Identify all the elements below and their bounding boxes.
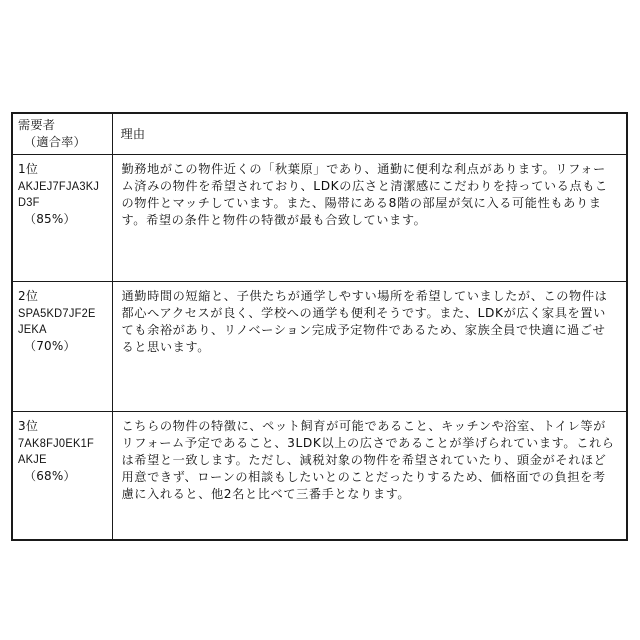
match-rate: （85%）	[18, 211, 107, 228]
rank-label: 2位	[18, 289, 38, 303]
rank-label: 1位	[18, 162, 38, 176]
table-header-row: 需要者 （適合率） 理由	[12, 113, 627, 155]
table-row: 2位 SPA5KD7JF2EJEKA （70%） 通勤時間の短縮と、子供たちが通…	[12, 282, 627, 412]
header-applicant-label: 需要者	[18, 118, 55, 132]
table-row: 1位 AKJEJ7FJA3KJD3F （85%） 勤務地がこの物件近くの「秋葉原…	[12, 155, 627, 282]
applicant-id: AKJEJ7FJA3KJD3F	[18, 178, 99, 211]
applicant-id: SPA5KD7JF2EJEKA	[18, 305, 99, 338]
applicant-cell: 1位 AKJEJ7FJA3KJD3F （85%）	[12, 155, 112, 282]
table-row: 3位 7AK8FJ0EK1FAKJE （68%） こちらの物件の特徴に、ペット飼…	[12, 412, 627, 541]
header-rate-label: （適合率）	[18, 134, 107, 151]
applicant-id: 7AK8FJ0EK1FAKJE	[18, 435, 99, 468]
applicant-cell: 2位 SPA5KD7JF2EJEKA （70%）	[12, 282, 112, 412]
reason-cell: こちらの物件の特徴に、ペット飼育が可能であること、キッチンや浴室、トイレ等がリフ…	[112, 412, 627, 541]
applicant-cell: 3位 7AK8FJ0EK1FAKJE （68%）	[12, 412, 112, 541]
rank-label: 3位	[18, 419, 38, 433]
match-rate: （70%）	[18, 338, 107, 355]
header-reason: 理由	[112, 113, 627, 155]
match-rate: （68%）	[18, 468, 107, 485]
reason-cell: 勤務地がこの物件近くの「秋葉原」であり、通勤に便利な利点があります。リフォーム済…	[112, 155, 627, 282]
reason-cell: 通勤時間の短縮と、子供たちが通学しやすい場所を希望していましたが、この物件は都心…	[112, 282, 627, 412]
applicant-ranking-table: 需要者 （適合率） 理由 1位 AKJEJ7FJA3KJD3F （85%） 勤務…	[11, 112, 628, 541]
header-applicant-rate: 需要者 （適合率）	[12, 113, 112, 155]
